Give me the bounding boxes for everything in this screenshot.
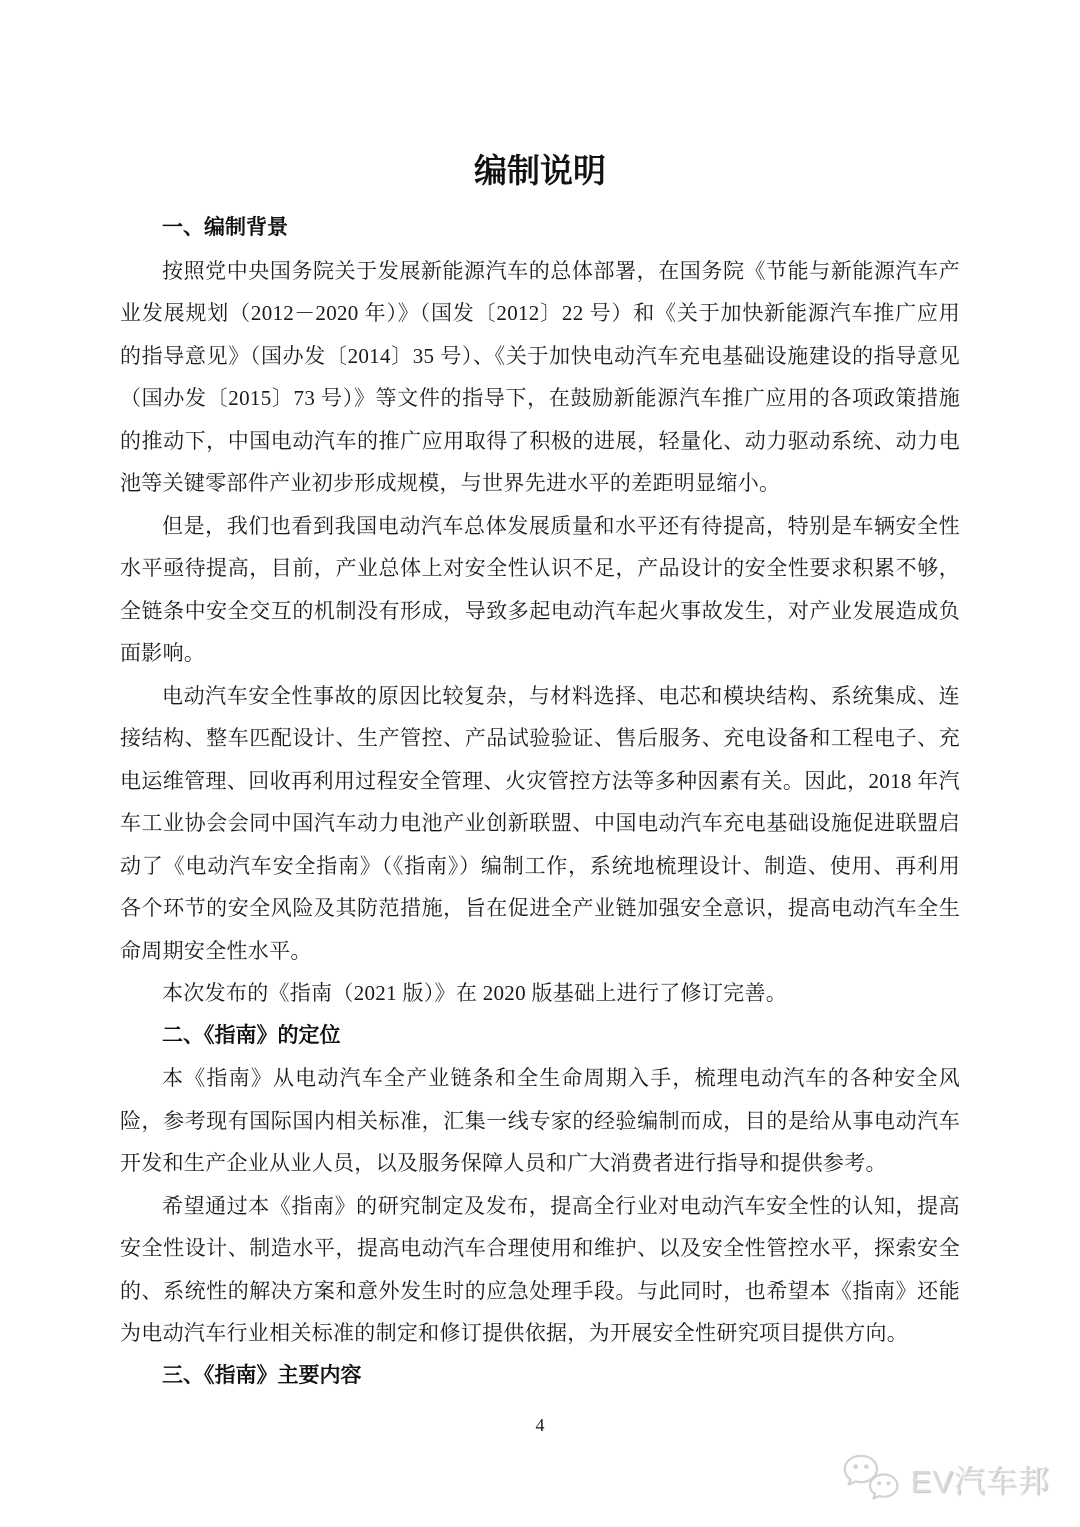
document-page: 编制说明 一、编制背景 按照党中央国务院关于发展新能源汽车的总体部署，在国务院《… bbox=[0, 0, 1080, 1527]
paragraph: 但是，我们也看到我国电动汽车总体发展质量和水平还有待提高，特别是车辆安全性水平亟… bbox=[120, 505, 960, 675]
watermark-brand: EV汽车邦 bbox=[911, 1456, 1050, 1501]
page-number: 4 bbox=[0, 1413, 1080, 1437]
paragraph: 希望通过本《指南》的研究制定及发布，提高全行业对电动汽车安全性的认知，提高安全性… bbox=[120, 1185, 960, 1355]
wechat-icon bbox=[840, 1452, 902, 1504]
paragraph: 本次发布的《指南（2021 版）》在 2020 版基础上进行了修订完善。 bbox=[120, 972, 960, 1015]
section-heading-main-content: 三、《指南》主要内容 bbox=[120, 1355, 960, 1398]
watermark: EV汽车邦 bbox=[840, 1452, 1050, 1504]
paragraph: 按照党中央国务院关于发展新能源汽车的总体部署，在国务院《节能与新能源汽车产业发展… bbox=[120, 250, 960, 505]
paragraph: 电动汽车安全性事故的原因比较复杂，与材料选择、电芯和模块结构、系统集成、连接结构… bbox=[120, 675, 960, 973]
page-title: 编制说明 bbox=[120, 149, 960, 193]
section-heading-background: 一、编制背景 bbox=[120, 207, 960, 250]
document-body: 编制说明 一、编制背景 按照党中央国务院关于发展新能源汽车的总体部署，在国务院《… bbox=[120, 0, 960, 1397]
section-heading-positioning: 二、《指南》的定位 bbox=[120, 1015, 960, 1058]
paragraph: 本《指南》从电动汽车全产业链条和全生命周期入手，梳理电动汽车的各种安全风险，参考… bbox=[120, 1057, 960, 1185]
